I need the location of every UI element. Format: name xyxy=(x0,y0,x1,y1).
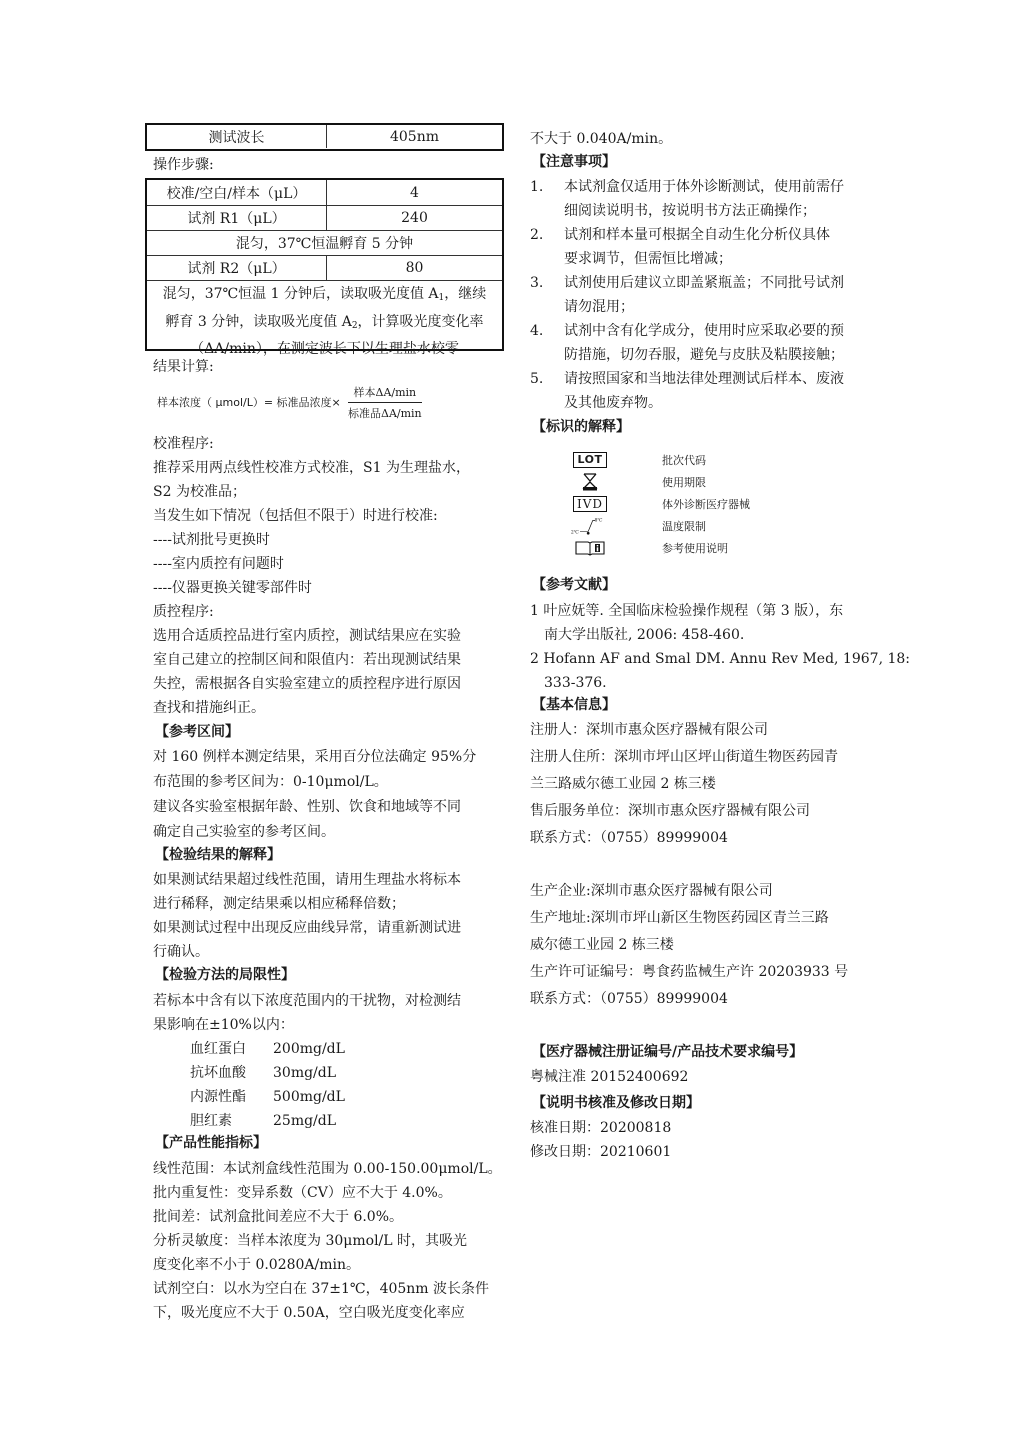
symbol-label: 参考使用说明 xyxy=(662,540,728,556)
calibration-line: 当发生如下情况（包括但不限于）时进行校准: xyxy=(153,507,438,525)
symbol-label: 使用期限 xyxy=(662,474,706,490)
wavelength-table: 测试波长 405nm xyxy=(145,123,504,151)
manufacturer-line: 联系方式：（0755）89999004 xyxy=(530,990,728,1008)
reference-item: 1 叶应妩等. 全国临床检验操作规程（第 3 版），东 xyxy=(530,602,843,620)
manufacturer-line: 生产企业:深圳市惠众医疗器械有限公司 xyxy=(530,882,773,900)
symbol-label: 体外诊断医疗器械 xyxy=(662,496,750,512)
performance-line: 分析灵敏度：当样本浓度为 30μmol/L 时，其吸光 xyxy=(153,1232,467,1250)
interpretation-heading: 【检验结果的解释】 xyxy=(155,846,281,864)
lot-icon: LOT xyxy=(570,450,610,470)
symbol-label: 批次代码 xyxy=(662,452,706,468)
calibration-line: 推荐采用两点线性校准方式校准，S1 为生理盐水， xyxy=(153,459,470,477)
reference-range-line: 建议各实验室根据年龄、性别、饮食和地域等不同 xyxy=(153,798,461,816)
performance-line: 度变化率不小于 0.0280A/min。 xyxy=(153,1256,360,1274)
row-value: 240 xyxy=(327,206,502,230)
basic-info-line: 联系方式：（0755）89999004 xyxy=(530,829,728,847)
qc-line: 室自己建立的控制区间和限值内：若出现测试结果 xyxy=(153,651,461,669)
qc-line: 失控，需根据各自实验室建立的质控程序进行原因 xyxy=(153,675,461,693)
hourglass-expiry-icon xyxy=(570,472,610,492)
reference-range-line: 对 160 例样本测定结果，采用百分位法确定 95%分 xyxy=(153,748,476,766)
registration-number: 粤械注准 20152400692 xyxy=(530,1068,688,1086)
qc-title: 质控程序: xyxy=(153,603,214,621)
symbol-row-instructions: 参考使用说明 xyxy=(570,538,830,560)
performance-heading: 【产品性能指标】 xyxy=(155,1134,267,1152)
procedure-row: 校准/空白/样本（μL） 4 xyxy=(147,180,502,205)
procedure-row: 试剂 R2（μL） 80 xyxy=(147,255,502,280)
basic-info-line: 兰三路威尔德工业园 2 栋三楼 xyxy=(530,775,716,793)
symbols-heading: 【标识的解释】 xyxy=(532,418,630,436)
manufacturer-line: 生产许可证编号：粤食药监械生产许 20203933 号 xyxy=(530,963,848,981)
row-label: 试剂 R2（μL） xyxy=(147,256,327,280)
row-label: 试剂 R1（μL） xyxy=(147,206,327,230)
symbol-row-expiry: 使用期限 xyxy=(570,472,830,494)
procedure-title: 操作步骤: xyxy=(153,156,214,174)
qc-line: 选用合适质控品进行室内质控，测试结果应在实验 xyxy=(153,627,461,645)
calibration-line: ----试剂批号更换时 xyxy=(153,531,270,549)
continuation-line: 不大于 0.040A/min。 xyxy=(530,130,672,148)
svg-text:8℃: 8℃ xyxy=(595,517,603,523)
result-calc-title: 结果计算: xyxy=(153,358,214,376)
result-formula-fraction: 样本ΔA/min 标准品ΔA/min xyxy=(348,384,422,421)
row-label: 校准/空白/样本（μL） xyxy=(147,180,327,205)
modification-date: 修改日期：20210601 xyxy=(530,1143,671,1161)
performance-line: 批间差：试剂盒批间差应不大于 6.0%。 xyxy=(153,1208,403,1226)
result-formula-lhs: 样本浓度（ μmol/L）= 标准品浓度× xyxy=(157,394,341,410)
row-value: 4 xyxy=(327,180,502,205)
limitations-line: 果影响在±10%以内： xyxy=(153,1016,294,1034)
approval-date: 核准日期：20200818 xyxy=(530,1119,671,1137)
precautions-heading: 【注意事项】 xyxy=(532,153,616,171)
procedure-row: 试剂 R1（μL） 240 xyxy=(147,205,502,230)
qc-line: 查找和措施纠正。 xyxy=(153,699,265,717)
calibration-title: 校准程序: xyxy=(153,435,214,453)
calibration-line: ----仪器更换关键零部件时 xyxy=(153,579,312,597)
registration-heading: 【医疗器械注册证编号/产品技术要求编号】 xyxy=(532,1043,803,1061)
row-value: 80 xyxy=(327,256,502,280)
reference-item: 2 Hofann AF and Smal DM. Annu Rev Med, 1… xyxy=(530,650,910,668)
basic-info-line: 售后服务单位：深圳市惠众医疗器械有限公司 xyxy=(530,802,810,820)
symbol-row-temperature: 2℃ 8℃ 温度限制 xyxy=(570,516,830,538)
ivd-icon: IVD xyxy=(570,494,610,514)
performance-line: 线性范围：本试剂盒线性范围为 0.00-150.00μmol/L。 xyxy=(153,1160,502,1178)
svg-text:2℃: 2℃ xyxy=(571,529,579,535)
basic-info-heading: 【基本信息】 xyxy=(532,696,616,714)
symbol-row-ivd: IVD 体外诊断医疗器械 xyxy=(570,494,830,516)
symbol-label: 温度限制 xyxy=(662,518,706,534)
interpretation-line: 进行稀释，测定结果乘以相应稀释倍数； xyxy=(153,895,405,913)
symbol-row-lot: LOT 批次代码 xyxy=(570,450,830,472)
procedure-table: 校准/空白/样本（μL） 4 试剂 R1（μL） 240 混匀，37℃恒温孵育 … xyxy=(145,178,504,351)
reference-range-heading: 【参考区间】 xyxy=(155,723,239,741)
thermometer-temperature-limit-icon: 2℃ 8℃ xyxy=(570,516,610,536)
limitations-line: 若标本中含有以下浓度范围内的干扰物，对检测结 xyxy=(153,992,461,1010)
references-heading: 【参考文献】 xyxy=(532,576,616,594)
basic-info-line: 注册人：深圳市惠众医疗器械有限公司 xyxy=(530,721,768,739)
dates-heading: 【说明书核准及修改日期】 xyxy=(532,1094,700,1112)
reference-item-cont: 333-376. xyxy=(544,674,607,692)
procedure-note-row: 混匀，37℃恒温 1 分钟后，读取吸光度值 A1，继续 孵育 3 分钟，读取吸光… xyxy=(147,280,502,350)
interpretation-line: 如果测试过程中出现反应曲线异常，请重新测试进 xyxy=(153,919,461,937)
performance-line: 批内重复性：变异系数（CV）应不大于 4.0%。 xyxy=(153,1184,452,1202)
interpretation-line: 如果测试结果超过线性范围，请用生理盐水将标本 xyxy=(153,871,461,889)
wavelength-value: 405nm xyxy=(327,125,502,148)
row-merged: 混匀，37℃恒温孵育 5 分钟 xyxy=(147,231,502,255)
reference-range-line: 确定自己实验室的参考区间。 xyxy=(153,823,335,841)
wavelength-label: 测试波长 xyxy=(147,125,327,148)
calibration-line: S2 为校准品； xyxy=(153,483,246,501)
manufacturer-line: 威尔德工业园 2 栋三楼 xyxy=(530,936,674,954)
formula-numerator: 样本ΔA/min xyxy=(348,384,422,403)
formula-denominator: 标准品ΔA/min xyxy=(348,403,422,421)
manufacturer-line: 生产地址:深圳市坪山新区生物医药园区青兰三路 xyxy=(530,909,829,927)
basic-info-line: 注册人住所：深圳市坪山区坪山街道生物医药园青 xyxy=(530,748,838,766)
calibration-line: ----室内质控有问题时 xyxy=(153,555,284,573)
performance-line: 下，吸光度应不大于 0.50A，空白吸光度变化率应 xyxy=(153,1304,465,1322)
reference-range-line: 布范围的参考区间为：0-10μmol/L。 xyxy=(153,773,388,791)
limitations-heading: 【检验方法的局限性】 xyxy=(155,966,295,984)
reference-item-cont: 南大学出版社, 2006: 458-460. xyxy=(544,626,744,644)
consult-instructions-icon xyxy=(570,538,610,558)
procedure-note: 混匀，37℃恒温 1 分钟后，读取吸光度值 A1，继续 孵育 3 分钟，读取吸光… xyxy=(153,283,496,362)
performance-line: 试剂空白：以水为空白在 37±1℃，405nm 波长条件 xyxy=(153,1280,489,1298)
procedure-row: 混匀，37℃恒温孵育 5 分钟 xyxy=(147,230,502,255)
interpretation-line: 行确认。 xyxy=(153,943,209,961)
